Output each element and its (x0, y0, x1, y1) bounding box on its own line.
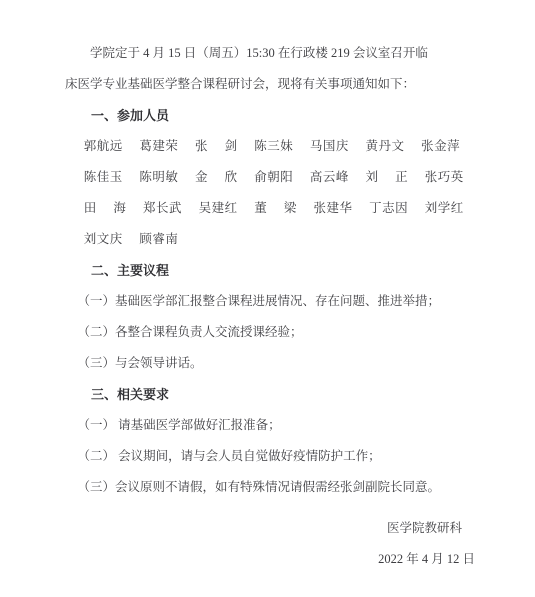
intro-line-2: 床医学专业基础医学整合课程研讨会，现将有关事项通知如下： (65, 69, 471, 100)
agenda-item-3: （三）与会领导讲话。 (65, 348, 471, 379)
section-heading-agenda: 二、主要议程 (65, 255, 471, 286)
intro-paragraph: 学院定于 4 月 15 日（周五）15:30 在行政楼 219 会议室召开临 床… (65, 38, 471, 100)
participant-names-row-1: 郭航远 葛建荣 张 剑 陈三妹 马国庆 黄丹文 张金萍 (65, 131, 471, 162)
participant-names-row-3: 田 海 郑长武 吴建红 董 梁 张建华 丁志因 刘学红 (65, 193, 471, 224)
signature-block: 医学院教研科 2022 年 4 月 12 日 (65, 513, 475, 575)
agenda-item-1: （一）基础医学部汇报整合课程进展情况、存在问题、推进举措； (65, 286, 471, 317)
participant-names-row-2: 陈佳玉 陈明敏 金 欣 俞朝阳 高云峰 刘 正 张巧英 (65, 162, 471, 193)
signature-department: 医学院教研科 (65, 513, 475, 544)
requirement-item-2: （二） 会议期间，请与会人员自觉做好疫情防护工作； (65, 441, 471, 472)
requirement-item-1: （一） 请基础医学部做好汇报准备； (65, 410, 471, 441)
section-requirements: 三、相关要求 （一） 请基础医学部做好汇报准备； （二） 会议期间，请与会人员自… (65, 379, 471, 503)
requirement-item-3: （三）会议原则不请假，如有特殊情况请假需经张剑副院长同意。 (65, 472, 471, 503)
section-agenda: 二、主要议程 （一）基础医学部汇报整合课程进展情况、存在问题、推进举措； （二）… (65, 255, 471, 379)
notice-document-page: 学院定于 4 月 15 日（周五）15:30 在行政楼 219 会议室召开临 床… (0, 0, 535, 597)
agenda-item-2: （二）各整合课程负责人交流授课经验； (65, 317, 471, 348)
section-heading-participants: 一、参加人员 (65, 100, 471, 131)
intro-line-1: 学院定于 4 月 15 日（周五）15:30 在行政楼 219 会议室召开临 (65, 38, 471, 69)
section-heading-requirements: 三、相关要求 (65, 379, 471, 410)
participant-names-row-4: 刘文庆 顾睿南 (65, 224, 471, 255)
signature-date: 2022 年 4 月 12 日 (65, 544, 475, 575)
section-participants: 一、参加人员 郭航远 葛建荣 张 剑 陈三妹 马国庆 黄丹文 张金萍 陈佳玉 陈… (65, 100, 471, 255)
